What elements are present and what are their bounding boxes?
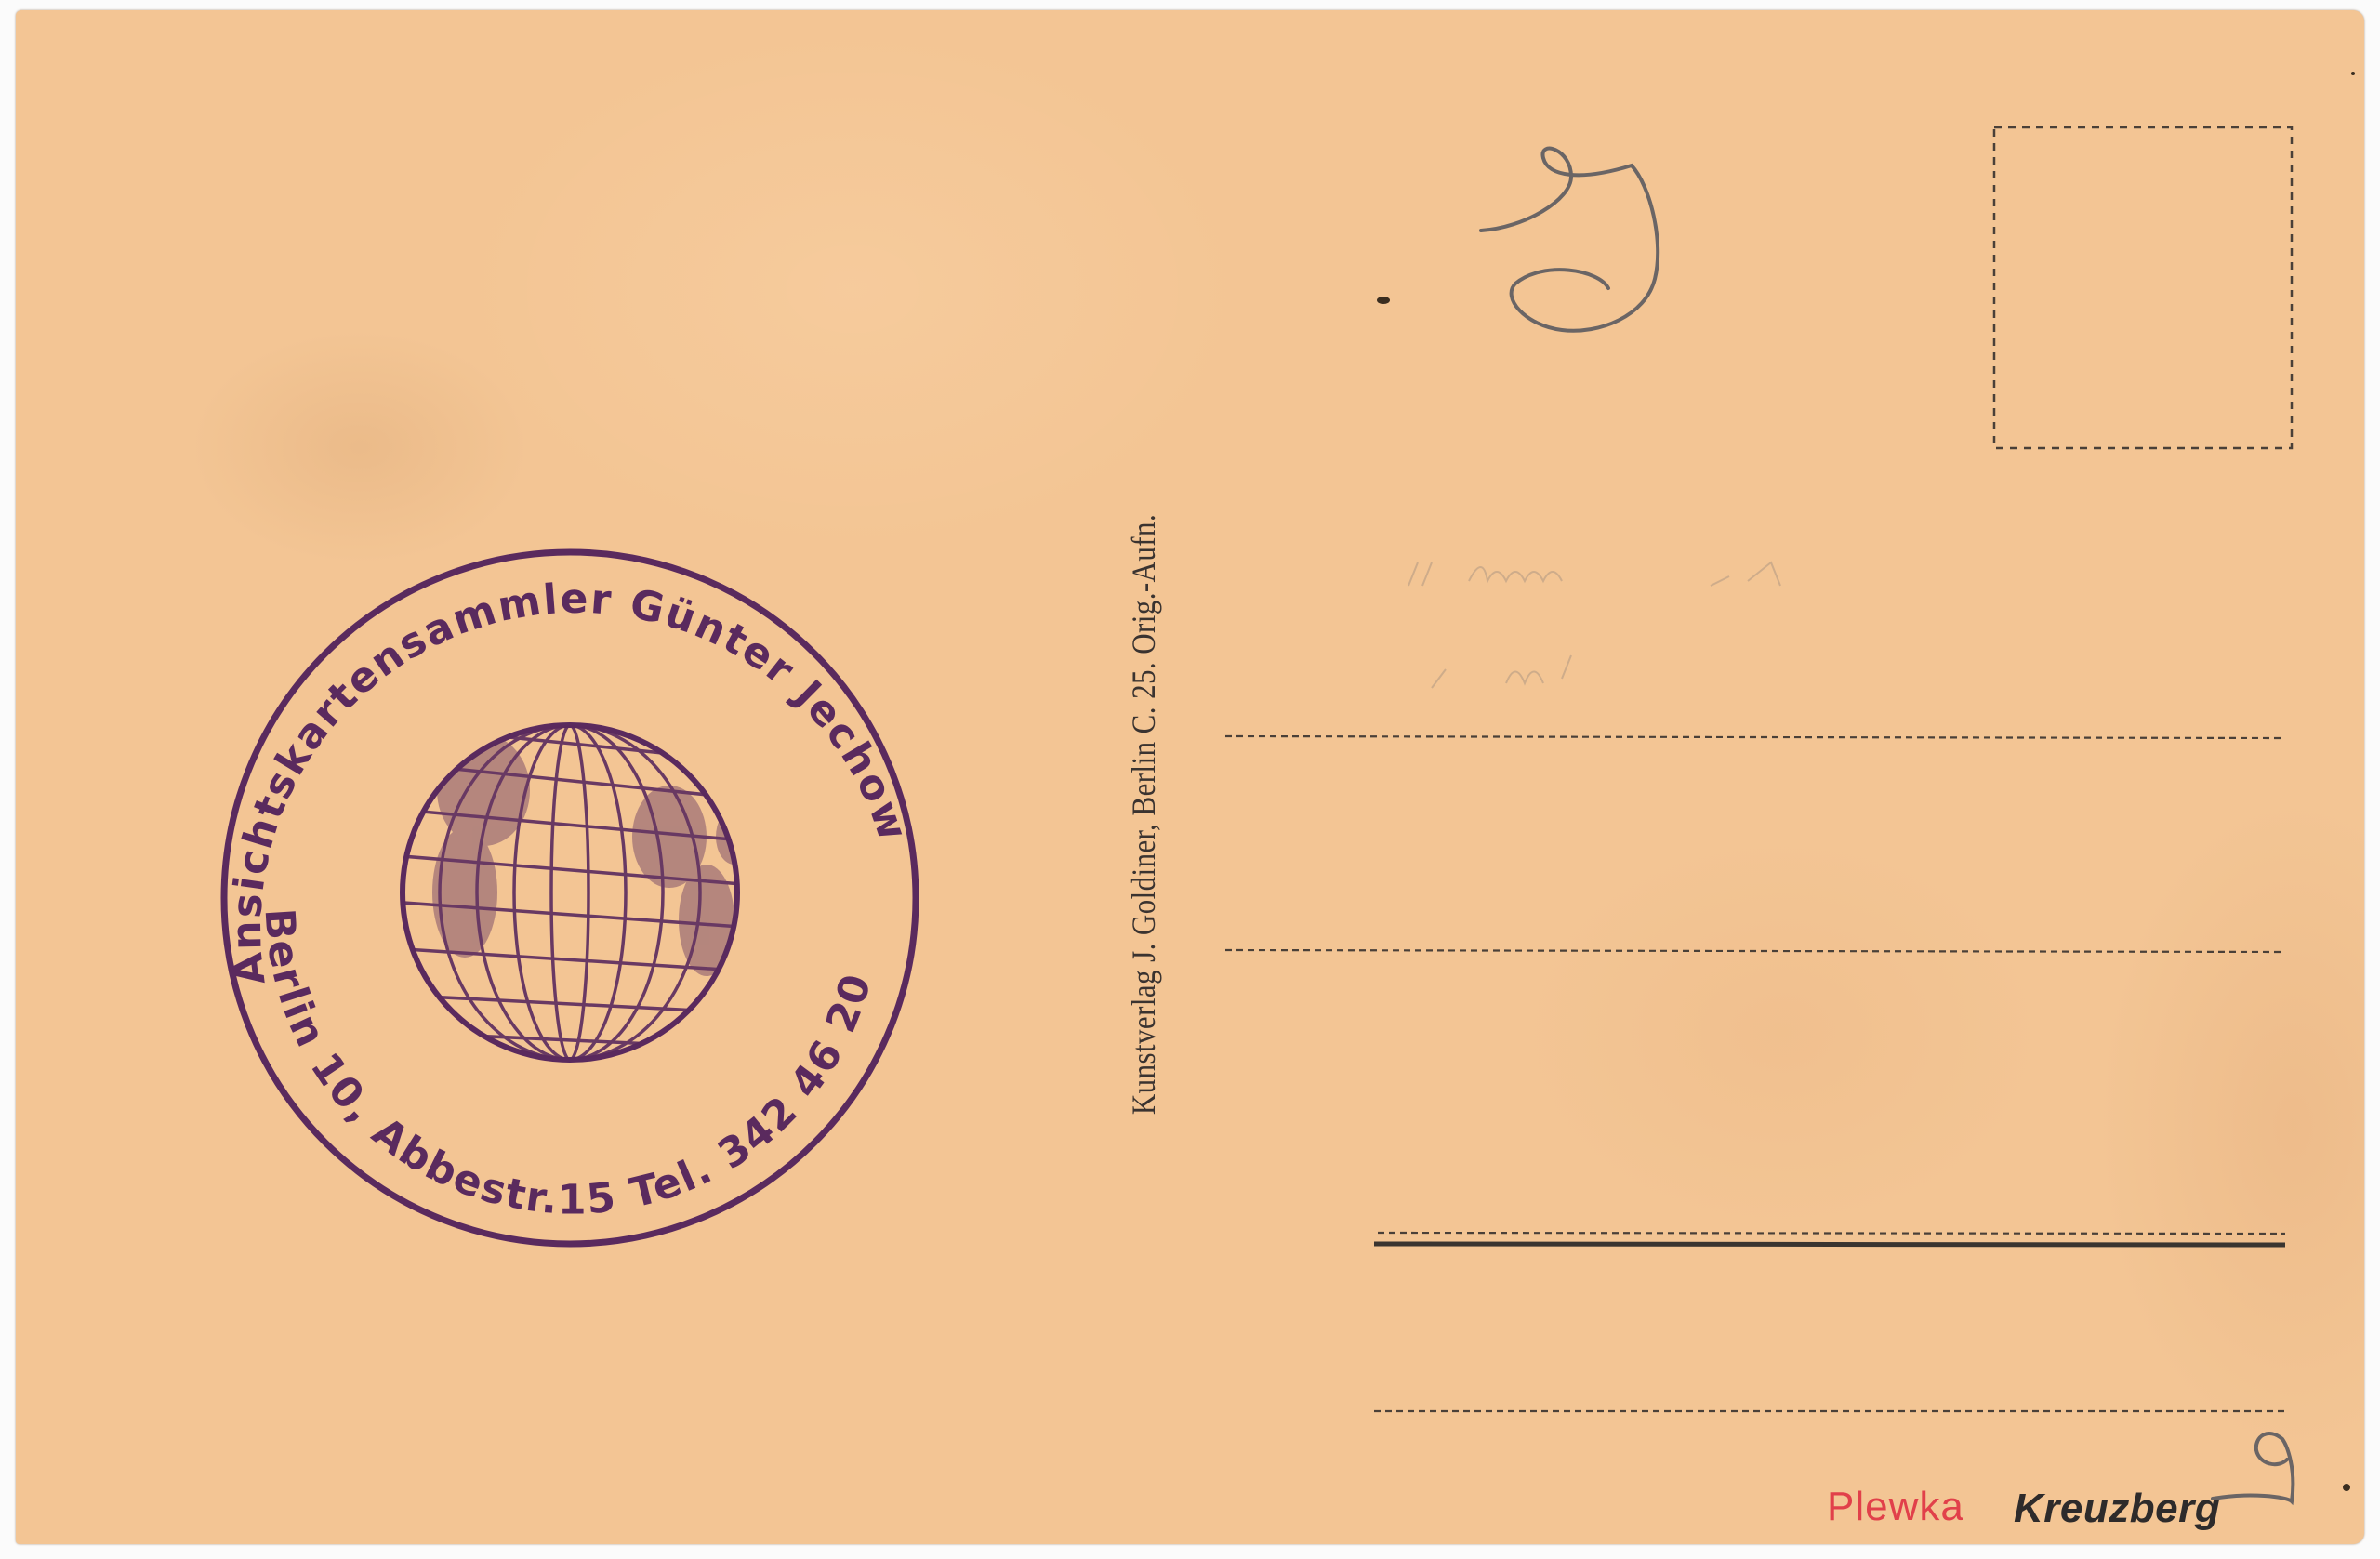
pencil-mark-top — [1481, 149, 1658, 331]
stamp-outer-ring — [224, 552, 916, 1244]
stamp-placeholder-box — [1994, 127, 2292, 448]
address-lines — [1225, 736, 2285, 1411]
address-line-1 — [1225, 736, 2285, 738]
erased-pencil-writing — [1408, 562, 1780, 688]
publisher-imprint-text: Kunstverlag J. Goldiner, Berlin C. 25. O… — [1124, 514, 1163, 1115]
collector-stamp: Ansichtskartensammler Günter Jechow Berl… — [223, 552, 918, 1244]
globe-icon — [390, 725, 753, 1060]
plewka-stamp: Plewka — [1827, 1484, 1964, 1530]
address-line-3-underline — [1374, 1244, 2285, 1245]
address-line-2 — [1225, 950, 2285, 952]
publisher-imprint: Kunstverlag J. Goldiner, Berlin C. 25. O… — [1124, 465, 1163, 1163]
stamp-bottom-text: Berlin 10, Abbestr.15 Tel. 342 46 20 — [255, 907, 880, 1224]
postcard-graphics: Ansichtskartensammler Günter Jechow Berl… — [0, 0, 2380, 1559]
address-line-3-dotted — [1378, 1233, 2285, 1234]
kreuzberg-stamp: Kreuzberg — [2014, 1486, 2220, 1532]
paper-specks — [1377, 72, 2355, 1491]
pencil-mark-bottom — [2213, 1433, 2293, 1501]
